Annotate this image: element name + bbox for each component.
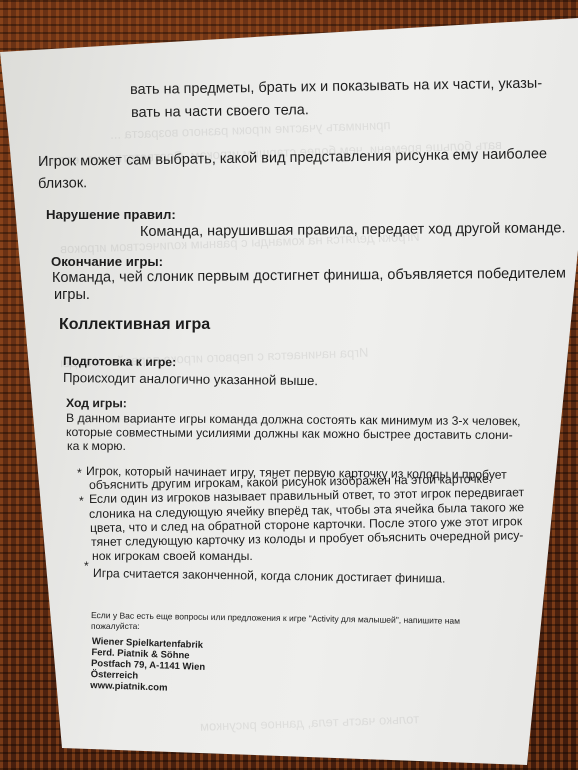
turn-line-2: которые совместными усилиями должны как … xyxy=(66,425,513,442)
violation-text: Команда, нарушившая правила, передает хо… xyxy=(140,220,566,240)
bullet-2-line-5: нок игрокам своей команды. xyxy=(92,549,253,563)
choice-line-1: Игрок может сам выбрать, какой вид предс… xyxy=(38,146,547,170)
violation-heading: Нарушение правил: xyxy=(46,207,176,222)
choice-line-2: близок. xyxy=(38,175,87,192)
ending-heading: Окончание игры: xyxy=(51,254,163,269)
bullet-marker: * xyxy=(79,494,84,508)
intro-line-2: вать на части своего тела. xyxy=(131,102,309,121)
bullet-3-line-1: Игра считается законченной, когда слоник… xyxy=(93,566,446,586)
document-page: принимать участие игроки разного возраст… xyxy=(0,0,578,770)
contact-text-line-2: пожалуйста: xyxy=(91,621,140,631)
turn-heading: Ход игры: xyxy=(66,396,127,410)
bullet-marker: * xyxy=(84,559,89,573)
ending-line-1: Команда, чей слоник первым достигнет фин… xyxy=(52,266,566,286)
bullet-marker: * xyxy=(77,466,82,480)
section-title-collective: Коллективная игра xyxy=(59,316,210,334)
preparation-text: Происходит аналогично указанной выше. xyxy=(63,370,318,388)
ending-line-2: игры. xyxy=(54,287,90,303)
preparation-heading: Подготовка к игре: xyxy=(63,354,176,369)
turn-line-3: ка к морю. xyxy=(67,439,126,453)
intro-line-1: вать на предметы, брать их и показывать … xyxy=(130,76,542,98)
publisher-address: Wiener Spielkartenfabrik Ferd. Piatnik &… xyxy=(90,636,206,695)
contact-text-line-1: Если у Вас есть еще вопросы или предложе… xyxy=(91,610,460,626)
